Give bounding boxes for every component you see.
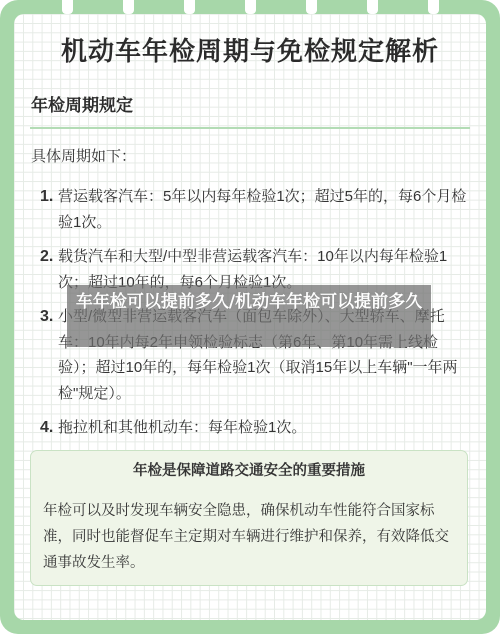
section-intro: 具体周期如下： bbox=[31, 147, 136, 167]
list-item-number: 1. bbox=[40, 184, 53, 210]
frame-notch bbox=[428, 0, 439, 14]
caption-overlay: 车年检可以提前多久/机动车年检可以提前多久 bbox=[67, 285, 431, 347]
callout-body: 年检可以及时发现车辆安全隐患，确保机动车性能符合国家标准，同时也能督促车主定期对… bbox=[43, 498, 457, 576]
section-heading: 年检周期规定 bbox=[31, 95, 133, 117]
frame-notch bbox=[367, 0, 378, 14]
frame-notch bbox=[184, 0, 195, 14]
safety-callout-box: 年检是保障道路交通安全的重要措施 年检可以及时发现车辆安全隐患，确保机动车性能符… bbox=[30, 450, 468, 586]
frame-notch bbox=[306, 0, 317, 14]
overlay-caption: 车年检可以提前多久/机动车年检可以提前多久 bbox=[67, 290, 431, 315]
frame-notch bbox=[123, 0, 134, 14]
list-item-number: 3. bbox=[40, 304, 53, 330]
page-title: 机动车年检周期与免检规定解析 bbox=[14, 36, 486, 68]
list-item-number: 2. bbox=[40, 244, 53, 270]
section-divider bbox=[30, 127, 470, 129]
green-frame: 机动车年检周期与免检规定解析 年检周期规定 具体周期如下： 1. 营运载客汽车：… bbox=[0, 0, 500, 634]
frame-notch bbox=[62, 0, 73, 14]
list-item-number: 4. bbox=[40, 415, 53, 441]
list-item: 4. 拖拉机和其他机动车：每年检验1次。 bbox=[40, 415, 470, 441]
list-item-text: 营运载客汽车：5年以内每年检验1次；超过5年的，每6个月检验1次。 bbox=[58, 188, 466, 231]
list-item-text: 拖拉机和其他机动车：每年检验1次。 bbox=[58, 419, 306, 436]
callout-title: 年检是保障道路交通安全的重要措施 bbox=[31, 461, 467, 481]
list-item: 1. 营运载客汽车：5年以内每年检验1次；超过5年的，每6个月检验1次。 bbox=[40, 184, 470, 235]
frame-notch bbox=[245, 0, 256, 14]
